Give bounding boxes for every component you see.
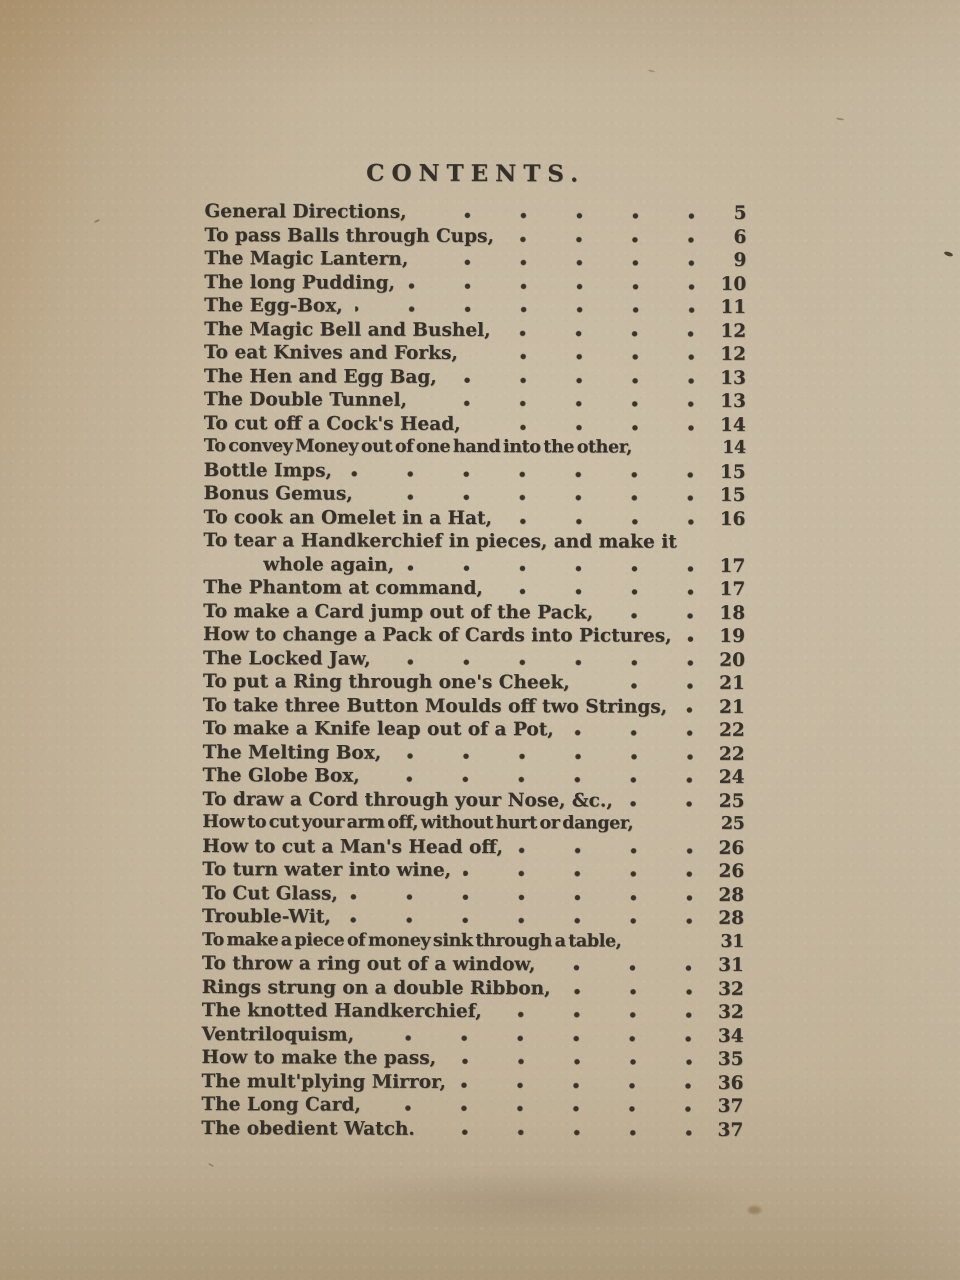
entry-label: Bottle Imps, [204,459,332,483]
toc-entry: The Magic Lantern, 9 [204,247,746,272]
entry-page-number: 15 [706,484,746,508]
entry-label: How to make the pass, [202,1046,437,1070]
dot-leader [383,647,699,672]
toc-entry: How to change a Pack of Cards into Pictu… [203,623,745,648]
entry-page-number: 35 [704,1048,744,1072]
toc-entry: The mult'plying Mirror, 36 [201,1070,743,1095]
dot-leader [684,625,700,649]
table-of-contents: CONTENTS. General Directions, 5 To pass … [201,159,746,1142]
toc-entry: The Magic Bell and Bushel, 12 [204,318,746,343]
toc-entry: To eat Knives and Forks, 12 [204,341,746,366]
toc-entry: Bonus Gemus, 15 [204,482,746,507]
entry-page-number: 28 [704,883,744,907]
entry-label: The long Pudding, [204,271,395,295]
dot-leader [407,271,700,296]
dot-leader [689,531,740,555]
entry-label: To throw a ring out of a window, [202,952,535,977]
entry-label: The Hen and Egg Bag, [204,365,437,389]
entry-label: To cut off a Cock's Head, [204,412,461,436]
toc-entry: To take three Button Moulds off two Stri… [203,694,745,719]
entry-label: The Long Card, [201,1093,361,1117]
entry-page-number: 34 [704,1024,744,1048]
toc-entry: The Long Card, 37 [201,1093,743,1118]
dot-leader [350,882,698,907]
toc-entry: To make a piece of money sink through a … [202,929,744,954]
entry-page-number: 32 [704,1001,744,1025]
toc-entry: To throw a ring out of a window, 31 [202,952,744,977]
entry-label: Rings strung on a double Ribbon, [202,976,551,1001]
entry-label: The obedient Watch. [201,1117,415,1141]
entry-page-number: 13 [706,390,746,414]
entry-label: To put a Ring through one's Cheek, [203,670,570,695]
toc-entry: To Cut Glass, 28 [202,882,744,907]
entry-label: To make a Card jump out of the Pack, [203,600,593,625]
dot-leader [344,459,700,484]
dot-leader [343,906,698,931]
entry-label: Trouble-Wit, [202,905,331,929]
dot-leader [372,765,699,790]
toc-entry-list: General Directions, 5 To pass Balls thro… [201,200,746,1142]
entry-page-number: 37 [703,1118,743,1142]
toc-entry: To pass Balls through Cups, 6 [204,224,746,249]
toc-entry: Ventriloquism, 34 [202,1023,744,1048]
entry-label: To convey Money out of one hand into the… [204,435,632,460]
toc-entry: How to cut a Man's Head off, 26 [202,835,744,860]
toc-entry: To make a Card jump out of the Pack, 18 [203,600,745,625]
entry-page-number: 21 [705,672,745,696]
entry-page-number: 31 [704,930,744,954]
entry-page-number: 25 [704,789,744,813]
entry-page-number: 22 [705,719,745,743]
reverse-page-ink-ghosting [330,1168,750,1234]
toc-entry: To turn water into wine, 26 [202,858,744,883]
toc-entry: The Double Tunnel, 13 [204,388,746,413]
entry-label: To make a Knife leap out of a Pot, [203,717,554,742]
toc-entry: How to make the pass, 35 [202,1046,744,1071]
dot-leader [473,412,700,436]
dot-leader [449,365,700,389]
entry-label: How to change a Pack of Cards into Pictu… [203,623,672,648]
entry-label: To draw a Cord through your Nose, &c., [202,788,612,813]
entry-page-number: 15 [706,460,746,484]
toc-entry: The Locked Jaw, 20 [203,647,745,672]
entry-page-number: 21 [705,695,745,719]
entry-label: To eat Knives and Forks, [204,341,458,365]
entry-page-number: 5 [706,202,746,226]
entry-label: To turn water into wine, [202,858,451,882]
entry-label: whole again, [263,553,394,577]
toc-entry: To draw a Cord through your Nose, &c., 2… [202,788,744,813]
dot-leader [355,295,701,320]
entry-page-number: 17 [705,578,745,602]
toc-entry: The Hen and Egg Bag, 13 [204,365,746,390]
dot-leader [366,1023,698,1048]
entry-label: To pass Balls through Cups, [204,224,494,249]
toc-entry: To cook an Omelet in a Hat, 16 [203,506,745,531]
entry-label: The Double Tunnel, [204,388,407,412]
entry-page-number: 26 [704,836,744,860]
entry-page-number: 16 [705,507,745,531]
entry-page-number: 22 [705,742,745,766]
entry-label: The Locked Jaw, [203,647,371,671]
entry-label: The Melting Box, [203,741,382,765]
entry-label: General Directions, [204,200,406,224]
dot-leader [547,953,698,977]
dot-leader [566,718,699,742]
entry-page-number: 11 [706,296,746,320]
entry-page-number: 6 [706,225,746,249]
dot-leader [627,930,700,954]
toc-entry: How to cut your arm off, without hurt or… [202,811,744,836]
book-page-photo: { "paper": { "base_color": "#c0b197", "i… [0,0,960,1280]
entry-page-number: 12 [706,319,746,343]
toc-entry: whole again, 17 [203,553,745,578]
entry-label: How to cut a Man's Head off, [202,835,503,860]
dot-leader [506,225,701,249]
dot-leader [495,577,699,601]
entry-page-number: 31 [704,954,744,978]
dot-leader [373,1094,698,1119]
dot-leader [605,601,699,625]
entry-label: To make a piece of money sink through a … [202,929,621,954]
entry-page-number: 13 [706,366,746,390]
entry-page-number: 9 [706,249,746,273]
toc-entry: To put a Ring through one's Cheek, 21 [203,670,745,695]
dot-leader [420,248,700,272]
dot-leader [515,836,698,860]
toc-entry: To cut off a Cock's Head, 14 [204,412,746,437]
dot-leader [463,859,698,883]
dot-leader [504,507,700,531]
entry-label: The mult'plying Mirror, [201,1070,446,1094]
dot-leader [639,813,700,837]
entry-page-number: 26 [704,860,744,884]
entry-page-number: 17 [705,554,745,578]
toc-entry: The long Pudding, 10 [204,271,746,296]
toc-entry: The knotted Handkerchief, 32 [202,999,744,1024]
dot-leader [679,695,699,719]
dot-leader [365,483,700,508]
dot-leader [638,437,702,461]
entry-page-number: 18 [705,601,745,625]
toc-entry: To tear a Handkerchief in pieces, and ma… [203,529,745,554]
entry-label: How to cut your arm off, without hurt or… [202,811,633,836]
toc-entry: The Phantom at command, 17 [203,576,745,601]
dot-leader [503,319,701,343]
dot-leader [458,1070,698,1094]
entry-page-number: 10 [706,272,746,296]
dot-leader [494,1000,698,1024]
entry-page-number: 36 [703,1071,743,1095]
entry-label: Bonus Gemus, [204,482,353,506]
dot-leader [406,553,699,578]
toc-entry: Rings strung on a double Ribbon, 32 [202,976,744,1001]
entry-label: The Magic Bell and Bushel, [204,318,491,342]
toc-entry: The Melting Box, 22 [203,741,745,766]
entry-page-number: 28 [704,907,744,931]
entry-label: To tear a Handkerchief in pieces, and ma… [203,529,676,554]
entry-page-number: 32 [704,977,744,1001]
toc-entry: The obedient Watch. 37 [201,1117,743,1142]
entry-page-number: 25 [704,813,744,837]
toc-entry: Bottle Imps, 15 [204,459,746,484]
page-title: CONTENTS. [205,159,747,189]
entry-page-number: 14 [706,437,746,461]
entry-label: The knotted Handkerchief, [202,999,482,1023]
dot-leader [448,1047,698,1071]
dot-leader [582,671,699,695]
entry-label: The Egg-Box, [204,294,343,318]
entry-label: To take three Button Moulds off two Stri… [203,694,667,719]
entry-page-number: 12 [706,343,746,367]
entry-label: The Globe Box, [203,764,360,788]
toc-entry: Trouble-Wit, 28 [202,905,744,930]
dot-leader [427,1117,698,1141]
entry-label: The Magic Lantern, [204,247,408,271]
entry-page-number: 24 [705,766,745,790]
toc-entry: The Globe Box, 24 [203,764,745,789]
dot-leader [562,977,697,1001]
entry-label: To Cut Glass, [202,882,338,906]
entry-label: The Phantom at command, [203,576,483,600]
dot-leader [393,741,699,766]
entry-label: Ventriloquism, [202,1023,355,1047]
toc-entry: General Directions, 5 [204,200,746,225]
toc-entry: To make a Knife leap out of a Pot, 22 [203,717,745,742]
dot-leader [470,342,700,366]
toc-entry: To convey Money out of one hand into the… [204,435,746,460]
entry-page-number: 14 [706,413,746,437]
dot-leader [419,201,701,225]
entry-label: To cook an Omelet in a Hat, [203,506,492,531]
entry-page-number: 20 [705,648,745,672]
entry-page-number: 37 [703,1095,743,1119]
dot-leader [625,789,699,813]
toc-entry: The Egg-Box, 11 [204,294,746,319]
dot-leader [419,389,700,413]
entry-page-number: 19 [705,625,745,649]
